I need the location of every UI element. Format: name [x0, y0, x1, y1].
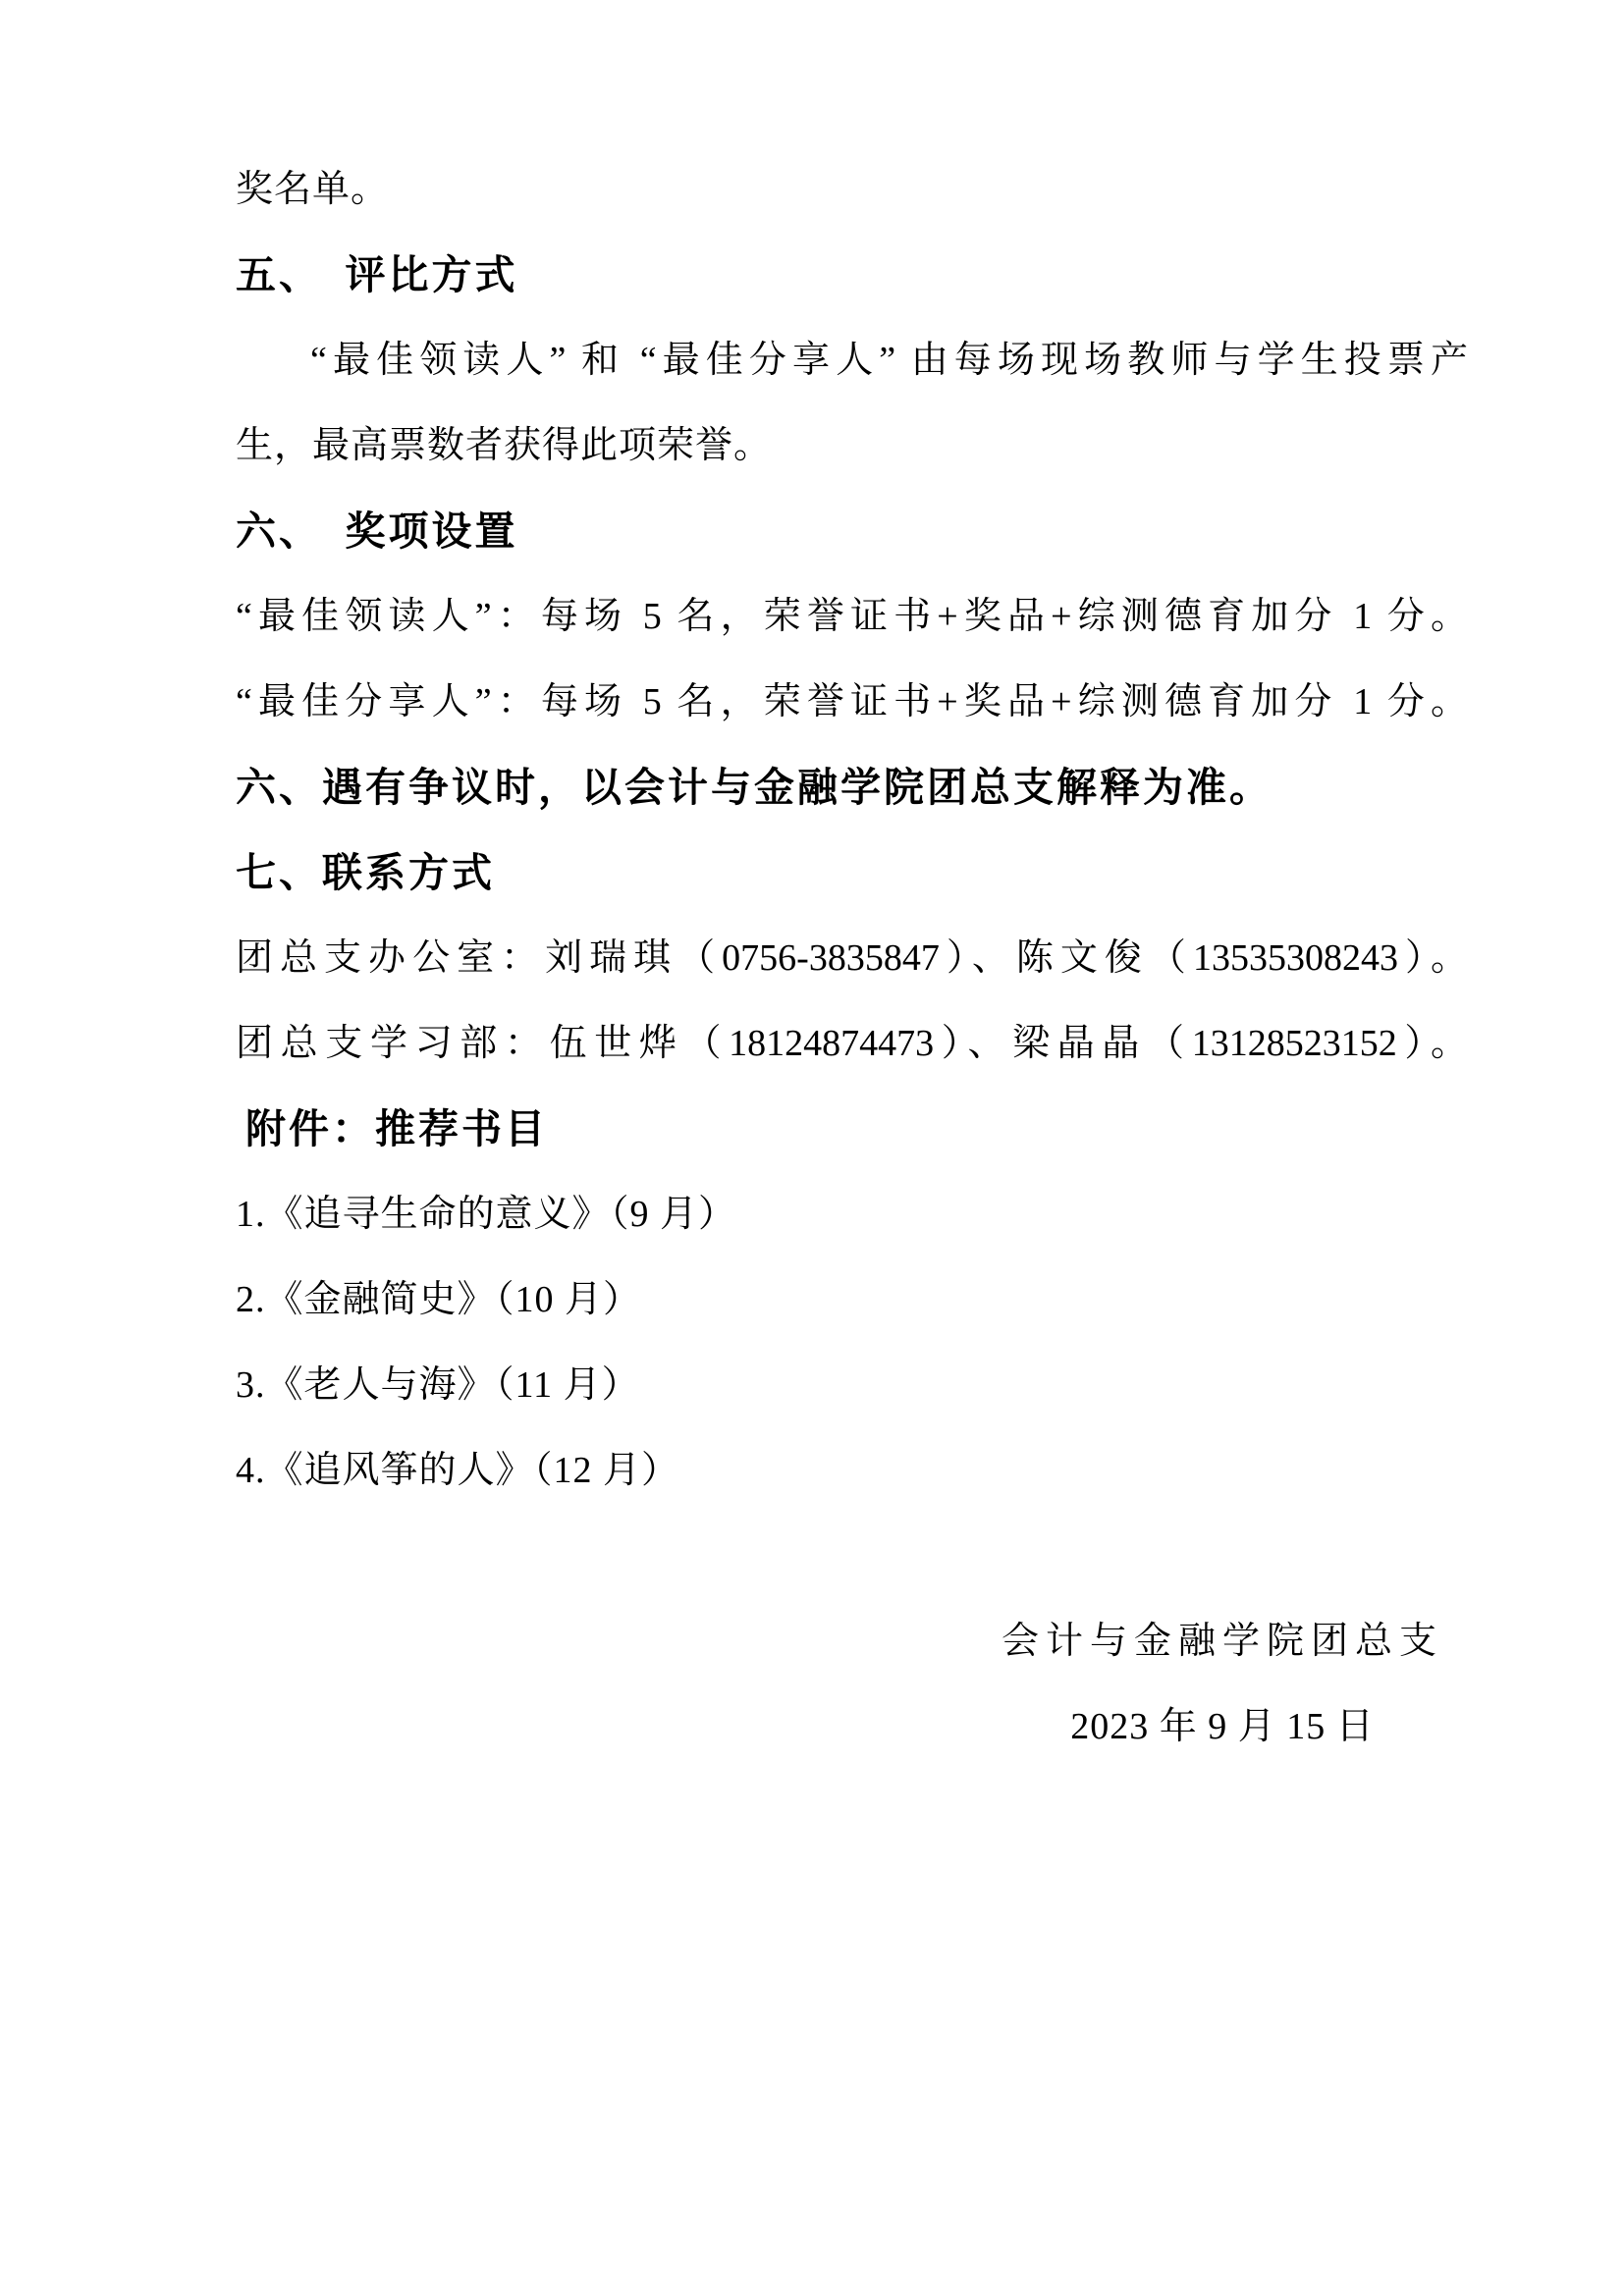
book-list-item-1: 1.《追寻生命的意义》（9 月）	[236, 1172, 1468, 1257]
closing-block: 会计与金融学院团总支 2023 年 9 月 15 日	[977, 1599, 1468, 1770]
signature-org: 会计与金融学院团总支	[977, 1599, 1468, 1684]
signature-date: 2023 年 9 月 15 日	[977, 1684, 1468, 1770]
book-list-item-4: 4.《追风筝的人》（12 月）	[236, 1428, 1468, 1514]
section-heading-evaluation: 五、 评比方式	[236, 233, 1468, 318]
continuation-line: 奖名单。	[236, 147, 1468, 233]
award-best-sharer-line: “最佳分享人”：每场 5 名，荣誉证书+奖品+综测德育加分 1 分。	[236, 660, 1468, 745]
document-content: 奖名单。 五、 评比方式 “最佳领读人” 和 “最佳分享人” 由每场现场教师与学…	[236, 0, 1468, 1770]
section-heading-contact: 七、联系方式	[236, 830, 1468, 916]
contact-study-dept-line: 团总支学习部：伍世烨（18124874473）、梁晶晶（13128523152）…	[236, 1001, 1468, 1087]
book-list-item-2: 2.《金融简史》（10 月）	[236, 1257, 1468, 1343]
book-list-item-3: 3.《老人与海》（11 月）	[236, 1343, 1468, 1428]
paragraph-voting-line-2: 生，最高票数者获得此项荣誉。	[236, 403, 1468, 489]
document-page: 奖名单。 五、 评比方式 “最佳领读人” 和 “最佳分享人” 由每场现场教师与学…	[0, 0, 1624, 2296]
blank-line	[236, 1514, 1468, 1599]
attachment-heading: 附件：推荐书目	[236, 1087, 1468, 1172]
award-best-reader-line: “最佳领读人”：每场 5 名，荣誉证书+奖品+综测德育加分 1 分。	[236, 574, 1468, 660]
section-heading-awards: 六、 奖项设置	[236, 489, 1468, 574]
contact-office-line: 团总支办公室：刘瑞琪（0756-3835847）、陈文俊（13535308243…	[236, 916, 1468, 1001]
section-heading-dispute: 六、遇有争议时，以会计与金融学院团总支解释为准。	[236, 745, 1468, 830]
paragraph-voting-line-1: “最佳领读人” 和 “最佳分享人” 由每场现场教师与学生投票产	[236, 318, 1468, 403]
